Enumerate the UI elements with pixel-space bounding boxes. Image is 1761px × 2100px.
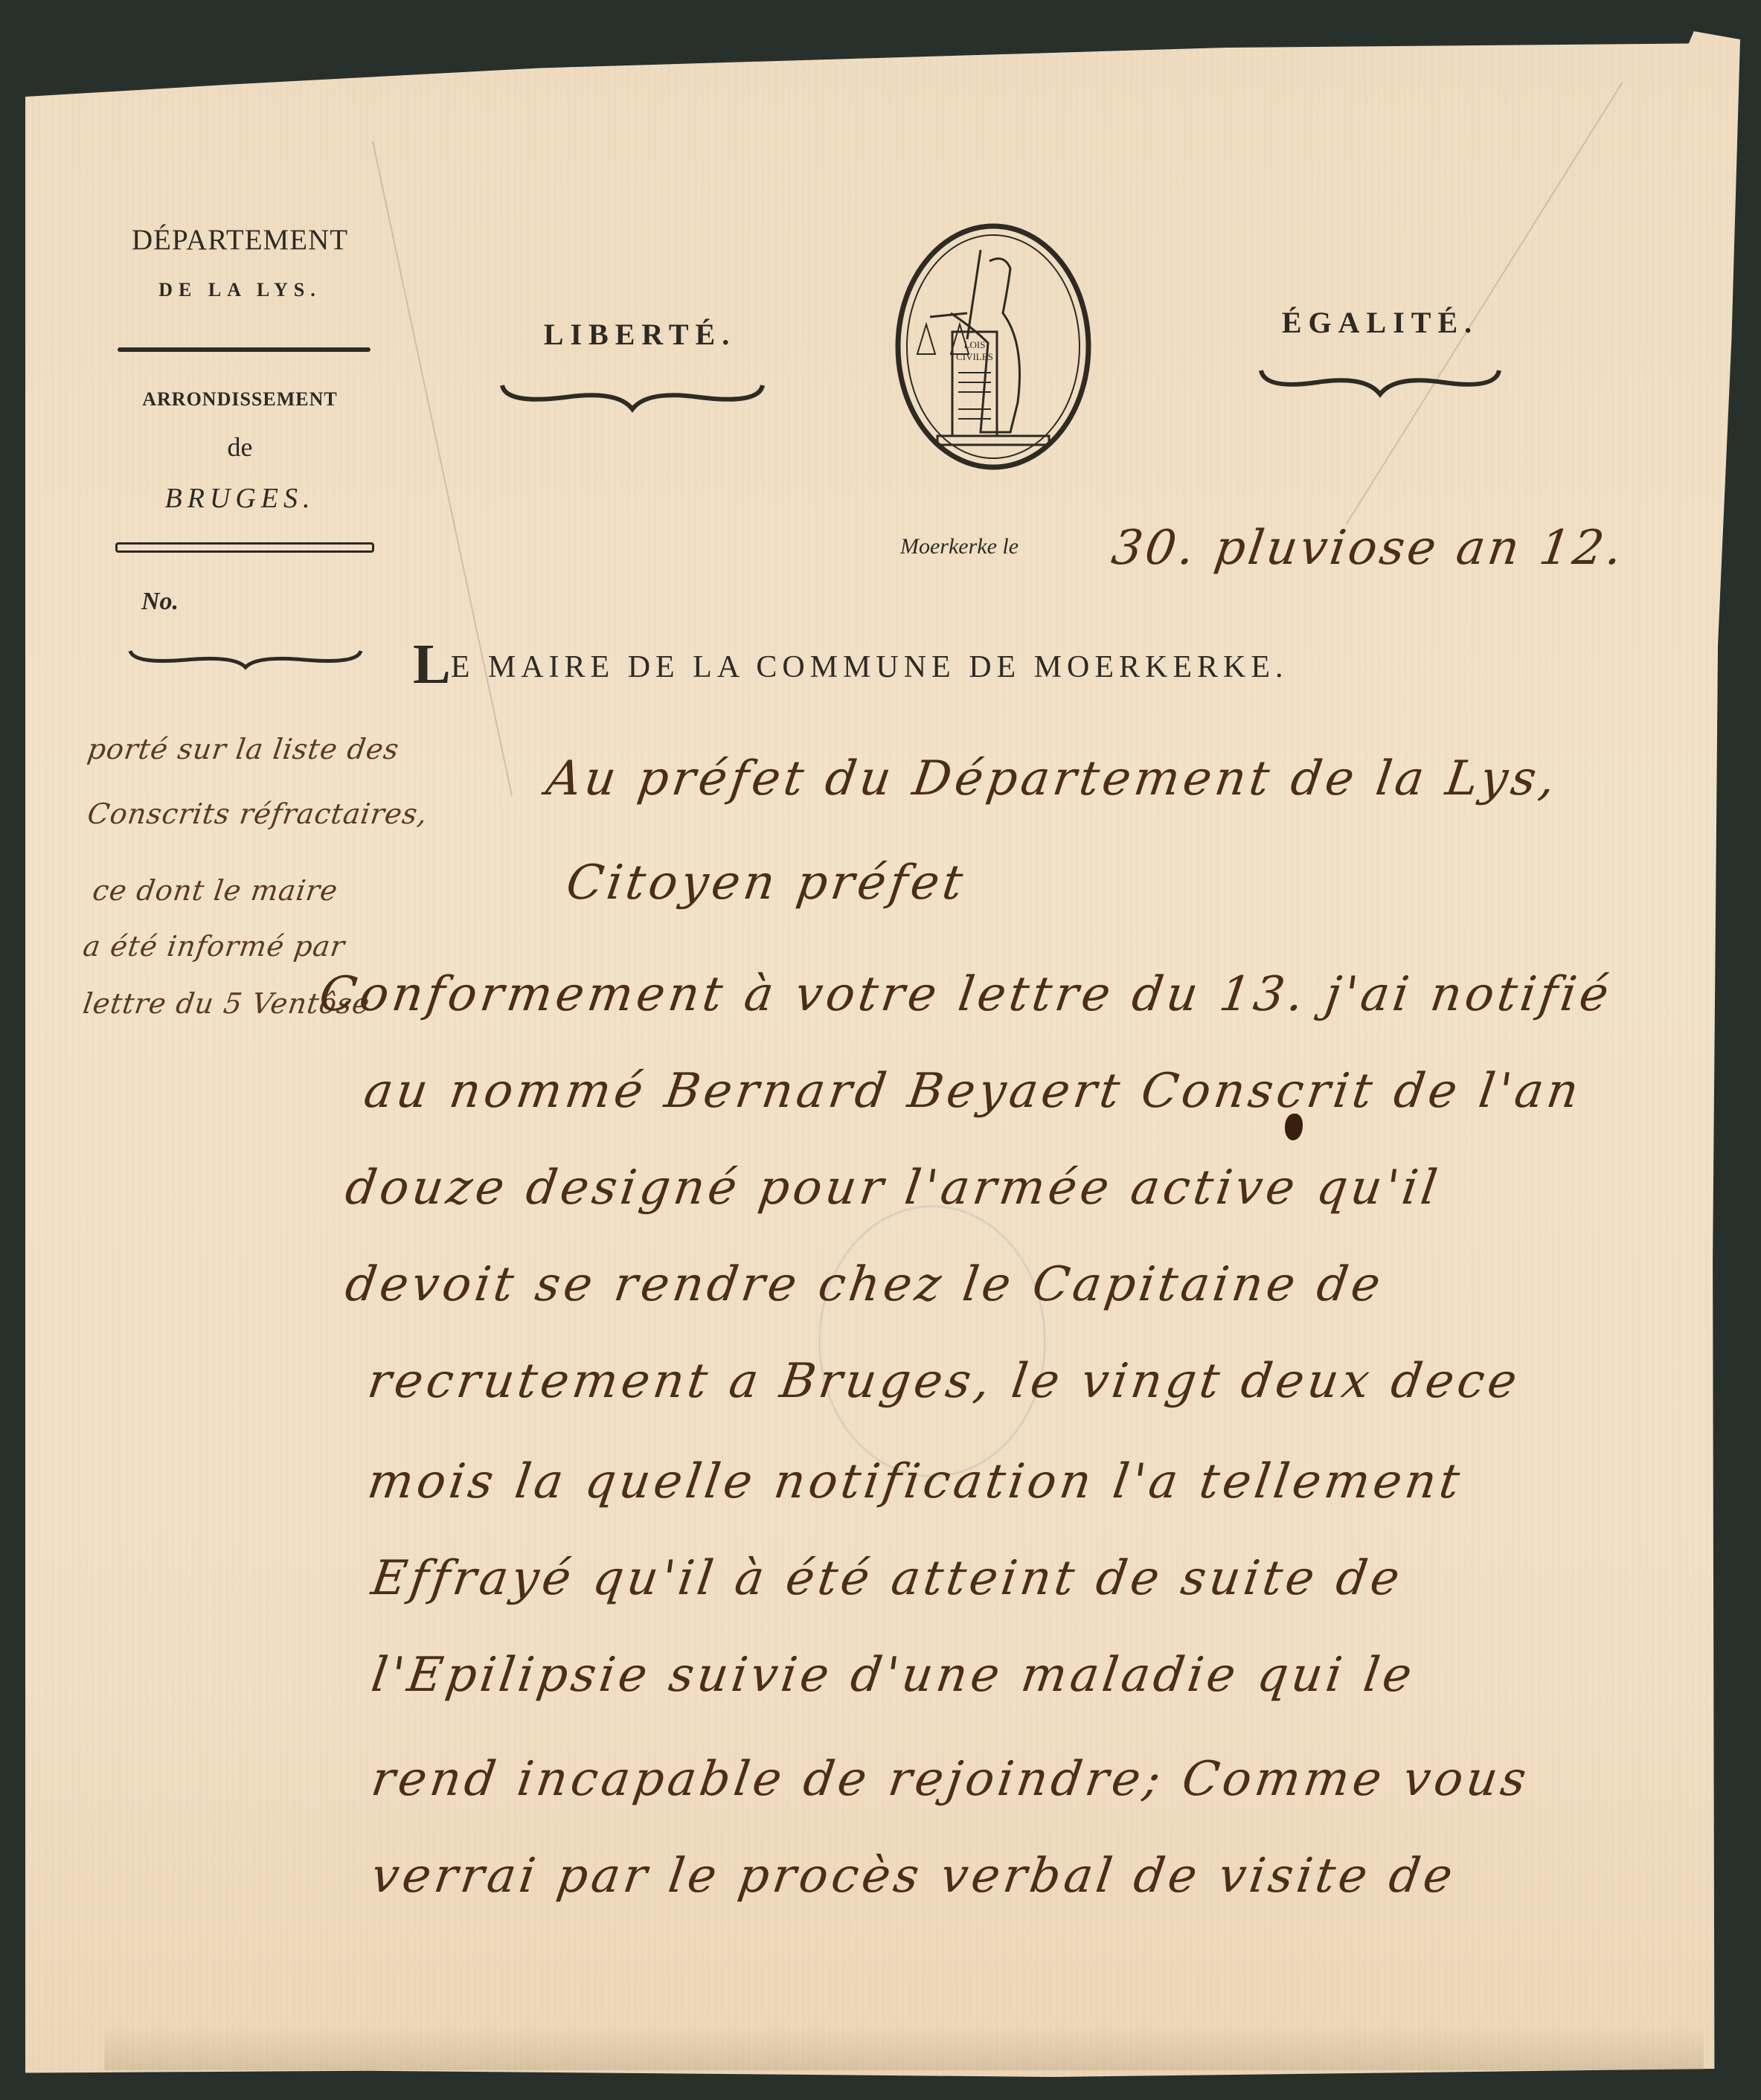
arrondissement-de: de: [104, 431, 376, 463]
margin-note-line: a été informé par: [81, 930, 347, 963]
body-line: rend incapable de rejoindre; Comme vous: [368, 1752, 1533, 1807]
justice-seal-emblem: LOIS CIVILES: [893, 220, 1094, 473]
body-line: devoit se rendre chez le Capitaine de: [342, 1257, 1388, 1312]
title-rest: E MAIRE DE LA COMMUNE DE MOERKERKE.: [451, 650, 1289, 684]
motto-egalite: ÉGALITÉ.: [1257, 305, 1503, 340]
brace-ornament: [1257, 365, 1503, 402]
body-line: Conformement à votre lettre du 13. j'ai …: [316, 967, 1616, 1022]
title-initial: L: [413, 633, 451, 696]
body-line: au nommé Bernard Beyaert Conscrit de l'a…: [361, 1064, 1585, 1119]
salutation: Citoyen préfet: [563, 855, 969, 911]
margin-note-line: ce dont le maire: [91, 874, 340, 907]
paper-stain: [104, 2026, 1704, 2070]
place-prefix: Moerkerke le: [900, 534, 1019, 559]
mayor-title: LE MAIRE DE LA COMMUNE DE MOERKERKE.: [413, 632, 1289, 697]
body-line: recrutement a Bruges, le vingt deux dece: [365, 1354, 1524, 1409]
arrondissement-title: ARRONDISSEMENT: [104, 388, 376, 411]
faded-stamp-stain: [818, 1205, 1046, 1477]
body-line: l'Epilipsie suivie d'une maladie qui le: [368, 1648, 1419, 1703]
addressee-line: Au préfet du Département de la Lys,: [543, 751, 1562, 806]
number-label: No.: [141, 588, 201, 616]
handwritten-date: 30. pluviose an 12.: [1109, 521, 1629, 576]
body-line: Effrayé qu'il à été atteint de suite de: [368, 1551, 1407, 1606]
department-name: DE LA LYS.: [104, 279, 376, 301]
margin-note-line: Conscrits réfractaires,: [86, 797, 430, 830]
svg-text:CIVILES: CIVILES: [956, 351, 993, 362]
arrondissement-city: BRUGES.: [104, 482, 376, 515]
body-line: verrai par le procès verbal de visite de: [368, 1849, 1460, 1904]
svg-text:LOIS: LOIS: [964, 339, 986, 350]
motto-liberte: LIBERTÉ.: [513, 317, 766, 352]
body-line: mois la quelle notification l'a tellemen…: [365, 1454, 1466, 1509]
department-title: DÉPARTEMENT: [104, 223, 376, 257]
brace-ornament: [498, 379, 766, 417]
body-line: douze designé pour l'armée active qu'il: [342, 1160, 1444, 1216]
brace-ornament: [126, 643, 365, 673]
divider-double-rule: [115, 542, 374, 553]
margin-note-line: porté sur la liste des: [86, 733, 401, 765]
divider-rule: [118, 347, 371, 352]
